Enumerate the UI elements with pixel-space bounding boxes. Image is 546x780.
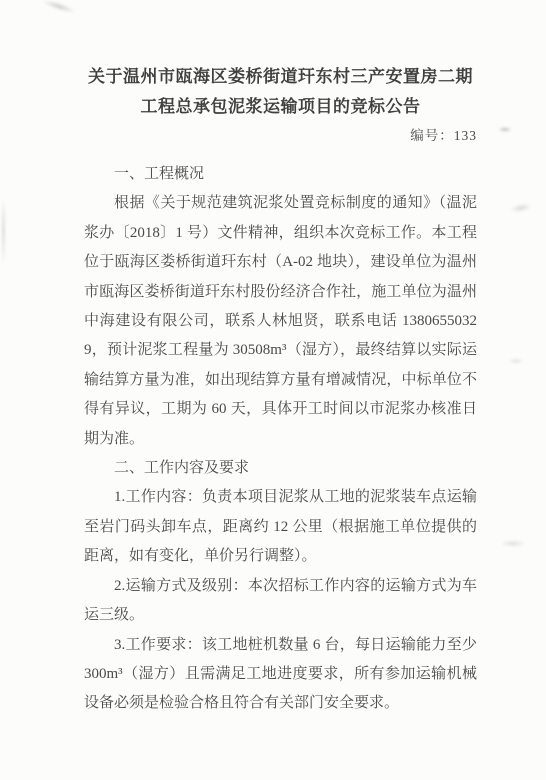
document-title-line-1: 关于温州市瓯海区娄桥街道玕东村三产安置房二期 xyxy=(88,67,473,86)
scan-artifact xyxy=(1,196,6,266)
scan-artifact xyxy=(498,127,512,132)
scan-artifact xyxy=(509,202,532,214)
document-title: 关于温州市瓯海区娄桥街道玕东村三产安置房二期 工程总承包泥浆运输项目的竞标公告 xyxy=(84,62,477,122)
document-title-line-2: 工程总承包泥浆运输项目的竞标公告 xyxy=(141,97,421,116)
section-heading-1: 一、工程概况 xyxy=(84,160,477,189)
scan-artifact xyxy=(500,540,526,547)
document-content: 关于温州市瓯海区娄桥街道玕东村三产安置房二期 工程总承包泥浆运输项目的竞标公告 … xyxy=(84,62,477,719)
section-2-paragraph-1: 1.工作内容：负责本项目泥浆从工地的泥浆装车点运输至岩门码头卸车点，距离约 12… xyxy=(84,483,477,571)
section-2-paragraph-3: 3.工作要求：该工地桩机数量 6 台，每日运输能力至少300m³（湿方）且需满足… xyxy=(84,631,477,719)
section-2-paragraph-2: 2.运输方式及级别：本次招标工作内容的运输方式为车运三级。 xyxy=(84,572,477,631)
scan-artifact xyxy=(508,358,524,364)
document-number: 编号：133 xyxy=(84,127,477,145)
section-1-paragraph: 根据《关于规范建筑泥浆处置竞标制度的通知》（温泥浆办〔2018〕1 号）文件精神… xyxy=(84,189,477,454)
scan-artifact xyxy=(42,0,76,15)
scanned-document-page: 关于温州市瓯海区娄桥街道玕东村三产安置房二期 工程总承包泥浆运输项目的竞标公告 … xyxy=(0,0,546,780)
document-body: 一、工程概况 根据《关于规范建筑泥浆处置竞标制度的通知》（温泥浆办〔2018〕1… xyxy=(84,160,477,719)
section-heading-2: 二、工作内容及要求 xyxy=(84,454,477,483)
